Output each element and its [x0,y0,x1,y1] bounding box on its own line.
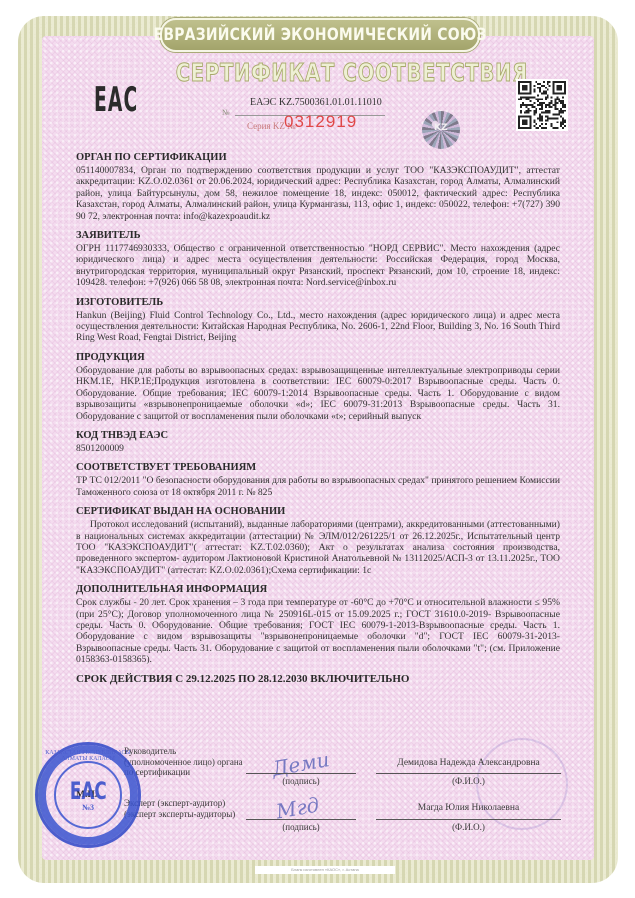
head-signature-line [246,773,356,774]
number-label: № [222,108,230,117]
registration-number: ЕАЭС KZ.7500361.01.01.11010 [250,97,382,108]
series-number: 0312919 [284,112,357,132]
section-title: СООТВЕТСТВУЕТ ТРЕБОВАНИЯМ [76,461,560,474]
section-requirements: СООТВЕТСТВУЕТ ТРЕБОВАНИЯМ ТР ТС 012/2011… [76,461,560,498]
section-text: Срок службы - 20 лет. Срок хранения – 3 … [76,597,560,665]
section-hs-code: КОД ТНВЭД ЕАЭС 8501200009 [76,429,560,454]
section-title: ИЗГОТОВИТЕЛЬ [76,296,560,309]
official-stamp-icon: КАЗАКСТАН РЕСПУБЛИКАСЫ АЛМАТЫ КАЛАСЫ EAC… [35,742,141,848]
fio-caption: (Ф.И.О.) [376,822,561,832]
section-text: Hankun (Beijing) Fluid Control Technolog… [76,310,560,344]
expert-name-line [376,819,561,820]
printer-note: Бланк изготовлен «КАОС», г. Астана [255,866,395,874]
section-product: ПРОДУКЦИЯ Оборудование для работы во взр… [76,351,560,422]
stamp-ring-text: КАЗАКСТАН РЕСПУБЛИКАСЫ АЛМАТЫ КАЛАСЫ [38,750,138,762]
certificate-body: ОРГАН ПО СЕРТИФИКАЦИИ 051140007834, Орга… [76,151,560,685]
section-text: Оборудование для работы во взрывоопасных… [76,365,560,422]
expert-signature-line [246,819,356,820]
stamp-center: EAC №3 [54,761,122,829]
section-certification-body: ОРГАН ПО СЕРТИФИКАЦИИ 051140007834, Орга… [76,151,560,222]
section-basis: СЕРТИФИКАТ ВЫДАН НА ОСНОВАНИИ Протокол и… [76,505,560,576]
section-text: 8501200009 [76,443,560,454]
section-title: ОРГАН ПО СЕРТИФИКАЦИИ [76,151,560,164]
signature-caption: (подпись) [246,776,356,786]
head-name: Демидова Надежда Александровна [376,758,561,768]
signature-caption: (подпись) [246,822,356,832]
stamp-eac-mark: EAC [70,779,107,803]
section-text: ОГРН 1117746930333, Общество с ограничен… [76,243,560,289]
section-title: ПРОДУКЦИЯ [76,351,560,364]
section-title: ЗАЯВИТЕЛЬ [76,229,560,242]
section-applicant: ЗАЯВИТЕЛЬ ОГРН 1117746930333, Общество с… [76,229,560,289]
section-additional-info: ДОПОЛНИТЕЛЬНАЯ ИНФОРМАЦИЯ Срок службы - … [76,583,560,665]
section-text: ТР ТС 012/2011 "О безопасности оборудова… [76,475,560,498]
section-text: Протокол исследований (испытаний), выдан… [76,519,560,576]
section-title: ДОПОЛНИТЕЛЬНАЯ ИНФОРМАЦИЯ [76,583,560,596]
section-title: КОД ТНВЭД ЕАЭС [76,429,560,442]
certificate-title: СЕРТИФИКАТ СООТВЕТСТВИЯ [176,58,465,87]
section-manufacturer: ИЗГОТОВИТЕЛЬ Hankun (Beijing) Fluid Cont… [76,296,560,344]
qr-code-icon[interactable] [516,79,568,131]
head-role-label: Руководитель (уполномоченное лицо) орган… [124,746,244,778]
head-name-line [376,773,561,774]
hologram-text: KZ [434,123,448,133]
fio-caption: (Ф.И.О.) [376,776,561,786]
signature-area: М.П. Руководитель (уполномоченное лицо) … [76,748,566,848]
section-text: 051140007834, Орган по подтверждению соо… [76,165,560,222]
validity-period: СРОК ДЕЙСТВИЯ С 29.12.2025 ПО 28.12.2030… [76,673,560,685]
union-banner: ЕВРАЗИЙСКИЙ ЭКОНОМИЧЕСКИЙ СОЮЗ [160,18,480,52]
expert-name: Магда Юлия Николаевна [376,803,561,813]
expert-role-label: Эксперт (эксперт-аудитор) (эксперт экспе… [124,798,244,819]
section-title: СЕРТИФИКАТ ВЫДАН НА ОСНОВАНИИ [76,505,560,518]
union-banner-text: ЕВРАЗИЙСКИЙ ЭКОНОМИЧЕСКИЙ СОЮЗ [153,25,486,45]
hologram-icon: KZ [422,111,460,149]
eac-logo-icon: EAC [94,80,138,120]
